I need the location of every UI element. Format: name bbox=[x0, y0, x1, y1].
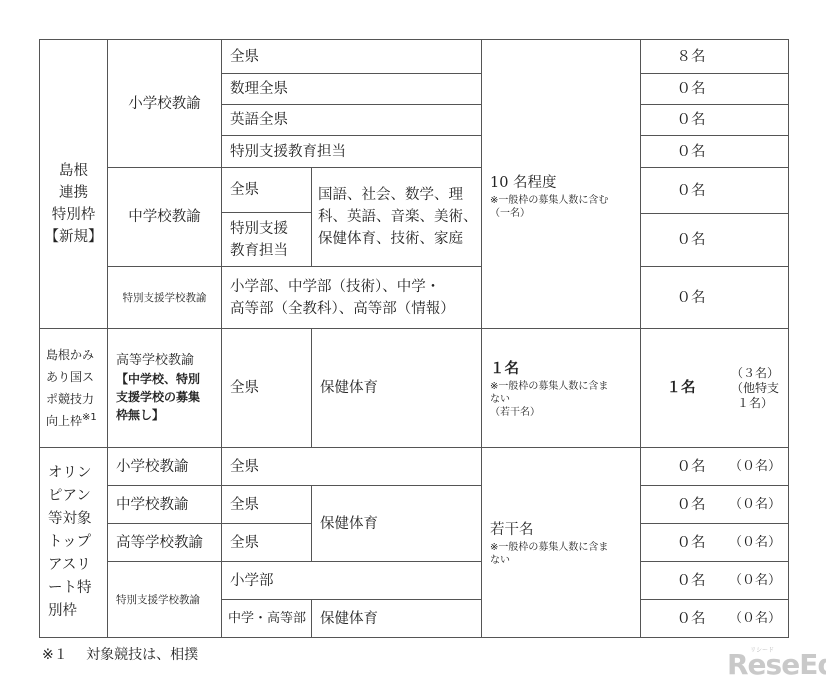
area-cell: 全県 bbox=[230, 168, 311, 212]
quota-cell: 若干名 ※一般枠の募集人数に含ま ない bbox=[490, 448, 640, 637]
quota-note: ※一般枠の募集人数に含む （一名） bbox=[490, 194, 608, 220]
count-cell: ０名 bbox=[641, 214, 741, 266]
position-junior-high: 中学校教諭 bbox=[108, 168, 221, 266]
area-cell: 中学・高等部 bbox=[228, 600, 311, 637]
subject-cell: 保健体育 bbox=[320, 486, 481, 561]
count-cell: ０名 bbox=[641, 267, 741, 328]
quota-note: ※一般枠の募集人数に含ま ない bbox=[490, 541, 608, 567]
divider bbox=[311, 167, 312, 266]
prev-count-cell: （０名） bbox=[722, 600, 788, 637]
area-cell: 英語全県 bbox=[230, 105, 480, 135]
area-cell: 数理全県 bbox=[230, 74, 480, 104]
quota-main: 10 名程度 bbox=[490, 172, 557, 194]
footnote: ※１ 対象競技は、相撲 bbox=[42, 644, 198, 664]
position-note: 【中学校、特別 支援学校の募集 枠無し】 bbox=[116, 370, 200, 424]
area-cell: 全県 bbox=[230, 524, 311, 561]
quota-main: １名 bbox=[490, 358, 519, 380]
area-cell: 特別支援 教育担当 bbox=[230, 213, 311, 266]
table-border-right bbox=[788, 39, 789, 638]
reseed-logo: ReseEd bbox=[727, 648, 826, 681]
divider bbox=[221, 39, 222, 638]
quota-cell: １名 ※一般枠の募集人数に含ま ない （若干名） bbox=[490, 329, 640, 447]
area-cell: 小学部 bbox=[230, 562, 481, 599]
prev-count-cell: （０名） bbox=[722, 486, 788, 523]
position-elementary: 小学校教諭 bbox=[108, 40, 221, 167]
quota-note: ※一般枠の募集人数に含ま ない （若干名） bbox=[490, 380, 608, 419]
count-cell: ０名 bbox=[641, 105, 741, 135]
area-cell: 特別支援教育担当 bbox=[230, 136, 480, 167]
count-cell: ０名 bbox=[641, 168, 741, 213]
count-cell: １名 bbox=[641, 329, 721, 447]
area-cell: 全県 bbox=[230, 329, 311, 447]
prev-count-cell: （０名） bbox=[722, 448, 788, 485]
subjects-cell: 国語、社会、数学、理 科、英語、音楽、美術、 保健体育、技術、家庭 bbox=[318, 168, 481, 266]
prev-count-cell: （０名） bbox=[722, 562, 788, 599]
prev-count-cell: （０名） bbox=[722, 524, 788, 561]
category-kokusupo: 島根かみ あり国ス ポ競技力 向上枠※1 bbox=[46, 329, 107, 447]
count-cell: ０名 bbox=[641, 74, 741, 104]
divider bbox=[311, 485, 312, 561]
area-cell: 全県 bbox=[230, 486, 311, 523]
prev-count-cell: （３名） （他特支 １名） bbox=[722, 329, 788, 447]
position-cell: 小学校教諭 bbox=[116, 448, 221, 485]
table-border-bottom bbox=[39, 637, 789, 638]
position-special-needs: 特別支援学校教諭 bbox=[108, 267, 221, 328]
divider bbox=[311, 599, 312, 637]
divider bbox=[481, 39, 482, 638]
position-label: 高等学校教諭 bbox=[116, 352, 194, 370]
position-cell: 中学校教諭 bbox=[116, 486, 221, 523]
count-cell: ０名 bbox=[641, 136, 741, 167]
category-label: 島根かみ あり国ス ポ競技力 向上枠※1 bbox=[46, 344, 97, 432]
quota-main: 若干名 bbox=[490, 519, 534, 541]
area-cell: 全県 bbox=[230, 40, 480, 73]
position-cell: 高等学校教諭 bbox=[116, 524, 221, 561]
area-cell: 全県 bbox=[230, 448, 481, 485]
position-high-school: 高等学校教諭 【中学校、特別 支援学校の募集 枠無し】 bbox=[116, 329, 221, 447]
subject-cell: 保健体育 bbox=[320, 329, 481, 447]
area-cell: 小学部、中学部（技術）、中学・ 高等部（全教科）、高等部（情報） bbox=[230, 267, 481, 328]
count-cell: ８名 bbox=[641, 40, 741, 73]
subject-cell: 保健体育 bbox=[320, 600, 481, 637]
position-special-needs: 特別支援学校教諭 bbox=[116, 562, 221, 637]
category-olympian: オリン ピアン 等対象 トップ アスリ ート特 別枠 bbox=[48, 448, 107, 637]
category-shimane-renkei: 島根 連携 特別枠 【新規】 bbox=[40, 40, 107, 328]
divider bbox=[311, 328, 312, 447]
quota-cell: 10 名程度 ※一般枠の募集人数に含む （一名） bbox=[490, 40, 640, 328]
